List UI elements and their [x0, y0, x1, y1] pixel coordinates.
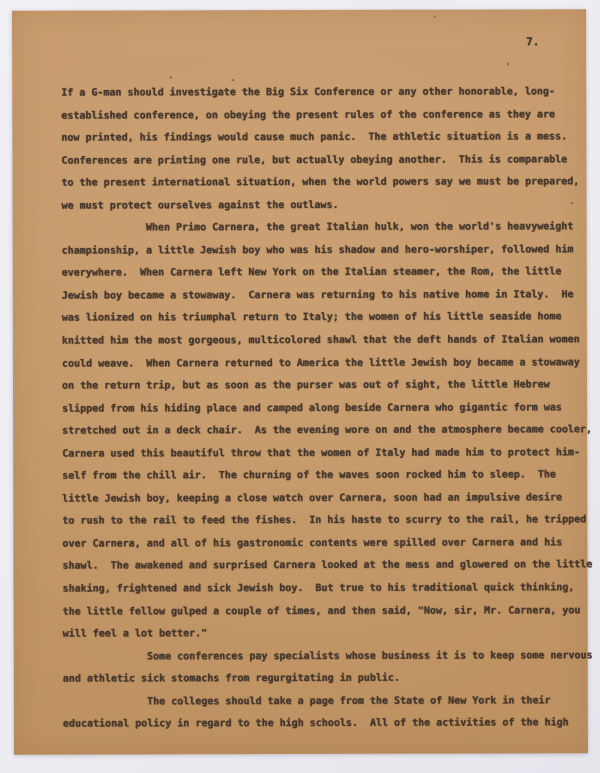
text-line: Conferences are printing one rule, but a…: [61, 149, 589, 173]
manuscript-page: 7. If a G-man should investigate the Big…: [12, 9, 588, 755]
text-line: to rush to the rail to feed the fishes. …: [62, 510, 590, 534]
text-line: the little fellow gulped a couple of tim…: [63, 600, 591, 624]
text-line: championship, a little Jewish boy who wa…: [62, 239, 590, 263]
text-line: shawl. The awakened and surprised Carner…: [62, 555, 590, 579]
text-line: now printed, his findings would cause mu…: [61, 126, 589, 150]
text-line: and athletic sick stomachs from regurgit…: [63, 667, 591, 691]
paper-speck: [231, 79, 234, 81]
paper-speck: [169, 76, 172, 78]
text-line: If a G-man should investigate the Big Si…: [61, 81, 589, 105]
text-line: The colleges should take a page from the…: [63, 690, 591, 714]
typewritten-text: If a G-man should investigate the Big Si…: [61, 81, 591, 736]
text-line: will feel a lot better.": [63, 622, 591, 646]
text-line: we must protect ourselves against the ou…: [62, 194, 590, 218]
text-line: stretched out in a deck chair. As the ev…: [62, 419, 590, 443]
text-line: little Jewish boy, keeping a close watch…: [62, 487, 590, 511]
text-line: could weave. When Carnera returned to Am…: [62, 352, 590, 376]
text-line: self from the chill air. The churning of…: [62, 465, 590, 489]
text-line: shaking, frightened and sick Jewish boy.…: [63, 577, 591, 601]
text-line: slipped from his hiding place and camped…: [62, 397, 590, 421]
text-line: Some conferences pay specialists whose b…: [63, 645, 591, 669]
text-line: on the return trip, but as soon as the p…: [62, 374, 590, 398]
text-line: When Primo Carnera, the great Italian hu…: [62, 217, 590, 241]
text-line: Jewish boy became a stowaway. Carnera wa…: [62, 284, 590, 308]
paper-speck: [434, 16, 436, 18]
text-line: educational policy in regard to the high…: [63, 713, 591, 737]
text-line: was lionized on his triumphal return to …: [62, 307, 590, 331]
text-line: established conference, on obeying the p…: [61, 104, 589, 128]
text-line: Carnera used this beautiful throw that t…: [62, 442, 590, 466]
text-line: everywhere. When Carnera left New York o…: [62, 262, 590, 286]
page-number: 7.: [526, 35, 539, 48]
scan-backdrop: 7. If a G-man should investigate the Big…: [0, 0, 600, 773]
paper-speck: [507, 62, 509, 65]
text-line: knitted him the most gorgeous, multicolo…: [62, 329, 590, 353]
text-line: over Carnera, and all of his gastronomic…: [62, 532, 590, 556]
text-line: to the present international situation, …: [61, 171, 589, 195]
